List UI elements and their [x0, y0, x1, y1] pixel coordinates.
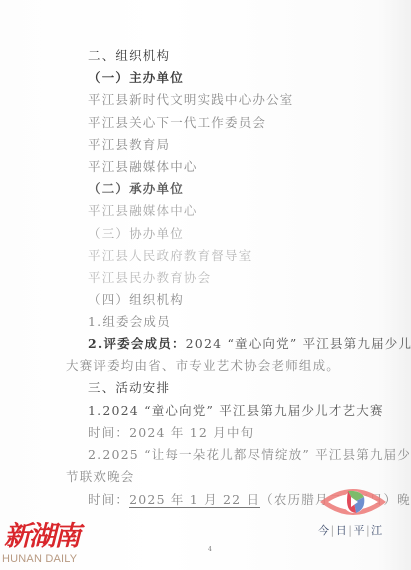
organizer-item: 平江县融媒体中心 — [88, 203, 198, 219]
hunan-daily-logo: 新湖南 HUNAN DAILY — [2, 522, 94, 568]
judges-label: 2.评委会成员： — [88, 336, 186, 351]
time-date: 2025 年 1 月 22 日 — [129, 492, 260, 508]
page-number: 4 — [208, 546, 212, 553]
co-organizer-item: 平江县人民政府教育督导室 — [88, 248, 252, 264]
host-unit-item: 平江县教育局 — [88, 137, 170, 153]
host-unit-item: 平江县关心下一代工作委员会 — [88, 115, 266, 131]
logo-char: 江 — [371, 524, 383, 537]
hunan-daily-cn: 新湖南 — [4, 522, 79, 552]
document-page: 二、组织机构 （一）主办单位 平江县新时代文明实践中心办公室 平江县关心下一代工… — [0, 0, 411, 570]
structure-item-1: 1.组委会成员 — [88, 314, 171, 330]
section-3-heading: 三、活动安排 — [88, 380, 170, 396]
section-2-heading: 二、组织机构 — [88, 48, 170, 64]
co-organizer-heading: （三）协办单位 — [88, 226, 184, 242]
host-unit-item: 平江县新时代文明实践中心办公室 — [88, 92, 294, 108]
event-2-title: 2.2025 “让每一朵花儿都尽情绽放” 平江县第九届少儿春 — [88, 447, 411, 463]
jinri-pingjiang-caption: 今|日|平|江 — [318, 522, 384, 538]
co-organizer-item: 平江县民办教育协会 — [88, 270, 211, 286]
logo-char: 日 — [336, 524, 348, 537]
event-2-title-continued: 节联欢晚会 — [66, 469, 135, 485]
organizer-heading: （二）承办单位 — [88, 181, 184, 197]
structure-item-2: 2.评委会成员：2024 “童心向党” 平江县第九届少儿才艺 — [88, 336, 411, 352]
hunan-daily-en: HUNAN DAILY — [2, 553, 77, 565]
host-unit-item: 平江县融媒体中心 — [88, 159, 198, 175]
event-1-time: 时间：2024 年 12 月中旬 — [88, 425, 254, 441]
event-1-title: 1.2024 “童心向党” 平江县第九届少儿才艺大赛 — [88, 403, 384, 419]
logo-char: 今 — [318, 524, 330, 537]
jinri-pingjiang-logo: 今|日|平|江 — [318, 482, 388, 542]
logo-char: 平 — [353, 524, 365, 537]
judges-text: 2024 “童心向党” 平江县第九届少儿才艺 — [186, 336, 411, 351]
judges-text-continued: 大赛评委均由省、市专业艺术协会老师组成。 — [66, 358, 340, 374]
host-units-heading: （一）主办单位 — [88, 70, 184, 86]
eye-logo-icon — [318, 482, 388, 522]
time-label: 时间： — [88, 492, 129, 507]
structure-heading: （四）组织机构 — [88, 292, 184, 308]
